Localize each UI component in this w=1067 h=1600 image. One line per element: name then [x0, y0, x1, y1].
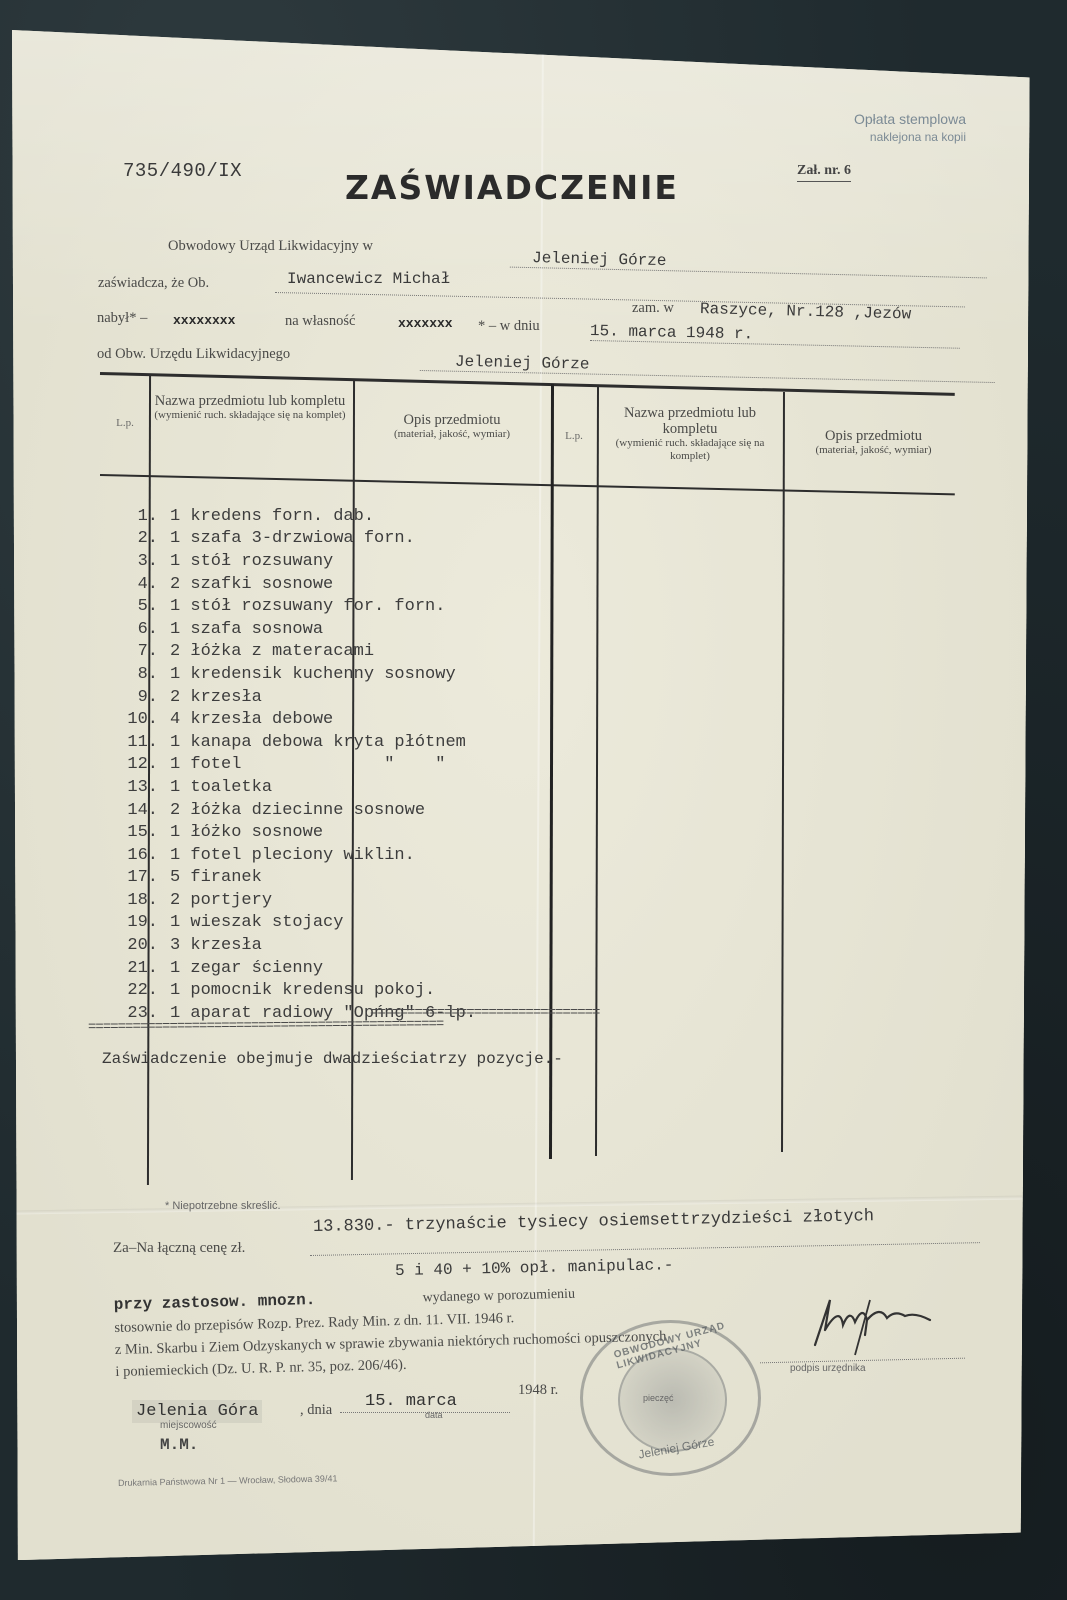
row-item: 2 krzesła [162, 688, 262, 707]
row-item: 1 kredens forn. dab. [162, 507, 374, 526]
row-item: 2 szafki sosnowe [162, 575, 333, 594]
table-row: 3.1 stół rozsuwany [108, 550, 476, 573]
table-row: 16.1 fotel pleciony wiklin. [108, 844, 476, 867]
row-item: 1 zegar ścienny [162, 959, 323, 978]
row-number: 3. [108, 552, 162, 571]
header-lp-left: L.p. [105, 417, 145, 429]
table-row: 13.1 toaletka [108, 776, 476, 799]
from-prefix: od Obw. Urzędu Likwidacyjnego [97, 346, 290, 363]
issue-year: 1948 r. [518, 1382, 558, 1399]
item-list: 1.1 kredens forn. dab. 2.1 szafa 3-drzwi… [108, 505, 476, 1025]
table-row: 8.1 kredensik kuchenny sosnowy [108, 663, 476, 686]
row-number: 15. [108, 823, 162, 842]
document-title: ZAŚWIADCZENIE [345, 168, 679, 207]
signature-label: podpis urzędnika [790, 1363, 866, 1374]
row-item: 2 łóżka z materacami [162, 642, 374, 661]
acquired-prefix: nabył* – [97, 310, 147, 327]
row-number: 17. [108, 868, 162, 887]
row-number: 16. [108, 846, 162, 865]
table-row: 19.1 wieszak stojacy [108, 912, 476, 935]
legal-line1-rest: wydanego w porozumieniu [422, 1287, 575, 1306]
header-desc-right: Opis przedmiotu (materiał, jakość, wymia… [786, 428, 961, 457]
table-row: 2.1 szafa 3-drzwiowa forn. [108, 528, 476, 551]
table-row: 17.5 firanek [108, 867, 476, 890]
row-number: 1. [108, 507, 162, 526]
header-desc-left-sub: (materiał, jakość, wymiar) [356, 428, 548, 441]
summary-text: Zaświadczenie obejmuje dwadzieściatrzy p… [102, 1050, 563, 1068]
header-desc-right-main: Opis przedmiotu [786, 428, 961, 444]
row-item: 1 kanapa debowa kryta płótnem [162, 733, 466, 752]
reference-number: 735/490/IX [123, 160, 242, 182]
table-row: 9.2 krzesła [108, 686, 476, 709]
table-row: 4.2 szafki sosnowe [108, 573, 476, 596]
row-item: 5 firanek [162, 868, 262, 887]
table-row: 21.1 zegar ścienny [108, 957, 476, 980]
table-row: 11.1 kanapa debowa kryta płótnem [108, 731, 476, 754]
row-item: 1 fotel " " [162, 755, 445, 774]
table-row: 12.1 fotel " " [108, 754, 476, 777]
date-label: data [425, 1410, 443, 1420]
row-number: 20. [108, 936, 162, 955]
stamp-fee-note: Opłata stemplowa naklejona na kopii [826, 110, 966, 146]
row-item: 1 toaletka [162, 778, 272, 797]
row-item: 1 stół rozsuwany for. forn. [162, 597, 445, 616]
header-name-left-sub: (wymienić ruch. składające się na komple… [152, 409, 348, 422]
separator-line: ========================================… [88, 1016, 443, 1035]
table-row: 20.3 krzesła [108, 934, 476, 957]
row-number: 10. [108, 710, 162, 729]
table-row: 7.2 łóżka z materacami [108, 641, 476, 664]
row-number: 18. [108, 891, 162, 910]
header-name-right-sub: (wymienić ruch. składające się na komple… [600, 437, 780, 463]
row-number: 7. [108, 642, 162, 661]
legal-spacer [319, 1302, 419, 1304]
row-item: 1 stół rozsuwany [162, 552, 333, 571]
row-item: 1 szafa sosnowa [162, 620, 323, 639]
table-row: 10.4 krzesła debowe [108, 708, 476, 731]
official-signature [795, 1290, 945, 1360]
stamp-fee-line2: naklejona na kopii [826, 128, 966, 146]
row-number: 4. [108, 575, 162, 594]
seal-label: pieczęć [643, 1393, 674, 1403]
row-item: 1 fotel pleciony wiklin. [162, 846, 415, 865]
table-row: 5.1 stół rozsuwany for. forn. [108, 595, 476, 618]
header-name-left: Nazwa przedmiotu lub kompletu (wymienić … [152, 393, 348, 422]
office-prefix: Obwodowy Urząd Likwidacyjny w [168, 238, 373, 255]
multiplier-prefix: przy zastosow. mnozn. [114, 1291, 316, 1314]
footnote: * Niepotrzebne skreślić. [165, 1200, 281, 1212]
row-number: 22. [108, 981, 162, 1000]
row-number: 13. [108, 778, 162, 797]
row-number: 6. [108, 620, 162, 639]
row-number: 21. [108, 959, 162, 978]
residence-prefix: zam. w [632, 300, 674, 317]
row-item: 1 szafa 3-drzwiowa forn. [162, 529, 415, 548]
stamp-fee-line1: Opłata stemplowa [826, 110, 966, 128]
table-row: 15.1 łóżko sosnowe [108, 821, 476, 844]
acquired-struck: xxxxxxxx [173, 313, 235, 328]
row-item: 1 kredensik kuchenny sosnowy [162, 665, 456, 684]
place-label: miejscowość [160, 1420, 217, 1431]
row-number: 11. [108, 733, 162, 752]
ownership-struck: xxxxxxx [398, 316, 453, 331]
row-item: 4 krzesła debowe [162, 710, 333, 729]
row-item: 3 krzesła [162, 936, 262, 955]
row-item: 1 łóżko sosnowe [162, 823, 323, 842]
price-label: Za–Na łączną cenę zł. [113, 1240, 245, 1257]
dnia-label: , dnia [300, 1402, 332, 1419]
row-item: 2 portjery [162, 891, 272, 910]
row-item: 2 łóżka dziecinne sosnowe [162, 801, 425, 820]
header-desc-right-sub: (materiał, jakość, wymiar) [786, 444, 961, 457]
citizen-name: Iwancewicz Michał [287, 270, 450, 288]
row-number: 12. [108, 755, 162, 774]
row-item: 1 pomocnik kredensu pokoj. [162, 981, 435, 1000]
row-number: 5. [108, 597, 162, 616]
certifies-prefix: zaświadcza, że Ob. [98, 275, 209, 292]
issue-date: 15. marca [365, 1392, 457, 1411]
row-number: 14. [108, 801, 162, 820]
attachment-label: Zał. nr. 6 [797, 163, 851, 182]
table-row: 6.1 szafa sosnowa [108, 618, 476, 641]
header-desc-left: Opis przedmiotu (materiał, jakość, wymia… [356, 412, 548, 441]
row-number: 2. [108, 529, 162, 548]
row-number: 19. [108, 913, 162, 932]
table-row: 14.2 łóżka dziecinne sosnowe [108, 799, 476, 822]
table-row: 22.1 pomocnik kredensu pokoj. [108, 979, 476, 1002]
header-name-right-main: Nazwa przedmiotu lub kompletu [600, 405, 780, 437]
row-item: 1 wieszak stojacy [162, 913, 343, 932]
official-seal: OBWODOWY URZĄD LIKWIDACYJNY pieczęć Jele… [580, 1320, 761, 1476]
header-name-right: Nazwa przedmiotu lub kompletu (wymienić … [600, 405, 780, 463]
row-number: 9. [108, 688, 162, 707]
header-name-left-main: Nazwa przedmiotu lub kompletu [152, 393, 348, 409]
header-lp-right: L.p. [554, 430, 594, 442]
table-row: 18.2 portjery [108, 889, 476, 912]
table-row: 1.1 kredens forn. dab. [108, 505, 476, 528]
date-prefix: * – w dniu [478, 318, 540, 335]
ownership-text: na własność [285, 313, 355, 330]
clerk-initials: M.M. [160, 1436, 198, 1454]
row-number: 8. [108, 665, 162, 684]
header-desc-left-main: Opis przedmiotu [356, 412, 548, 428]
